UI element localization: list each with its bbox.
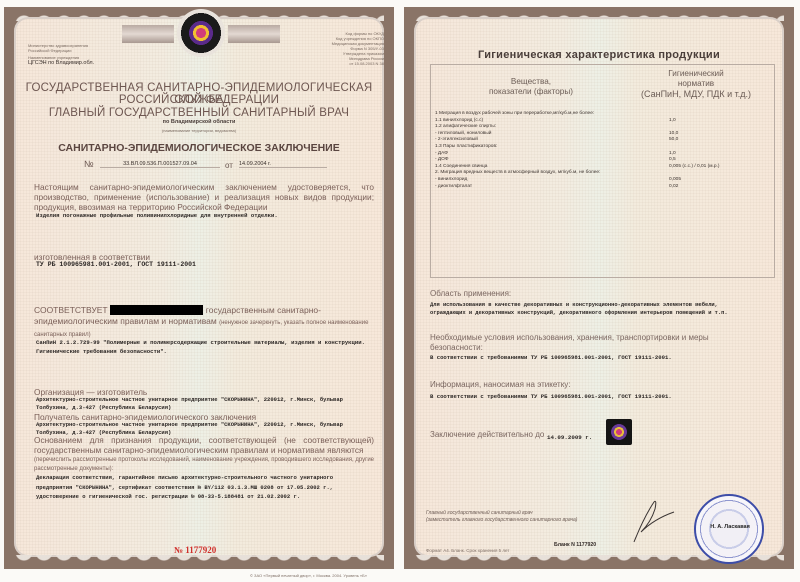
column-header-norm: Гигиенический норматив (СанПиН, МДУ, ПДК… (626, 69, 766, 99)
product-name: Изделия погонажные профильные поливинилх… (36, 211, 376, 220)
not-complies-struck: (НЕ СООТВЕТСТВУЕТ) (110, 305, 203, 315)
hygiene-table: Вещества, показатели (факторы) Гигиениче… (430, 64, 775, 278)
conclusion-date: 14.09.2004 г. (239, 161, 327, 168)
table-row: - винилхлорид0,005 (435, 177, 770, 183)
manufacturer-value: Архитектурно-строительное частное унитар… (36, 396, 361, 412)
substance-name: - 2-этилгексиловый (435, 137, 478, 142)
substance-name: 1.3 Пары пластификаторов: (435, 144, 497, 149)
substance-name: - диоктилфталат (435, 184, 472, 189)
substance-name: - гептиловый, нониловый (435, 131, 491, 136)
basis-documents: Декларация соответствия, гарантийное пис… (36, 473, 366, 502)
conclusion-number: 33.ВЛ.09.536.П.001527.09.04 (100, 161, 220, 168)
norm-value: 0,5 (669, 157, 676, 163)
column-header-norm-line3: (СанПиН, МДУ, ПДК и т.д.) (626, 89, 766, 99)
decorative-border-bottom (14, 555, 384, 565)
norm-value: 50,0 (669, 137, 678, 143)
column-header-substances-line2: показатели (факторы) (471, 87, 591, 97)
signer-title-line1: Главный государственный санитарный врач (426, 510, 577, 517)
printer-note: © ЗАО «Первый печатный двор», г. Москва.… (250, 573, 367, 578)
scope-label: Область применения: (430, 289, 511, 299)
substance-name: 1.4 Соединения свинца (435, 164, 487, 169)
ribbon-left-decoration (122, 25, 174, 43)
substance-name: 1 Миграция в воздух рабочей зоны при пер… (435, 111, 594, 116)
header-chief-doctor: ГЛАВНЫЙ ГОСУДАРСТВЕННЫЙ САНИТАРНЫЙ ВРАЧ (14, 107, 384, 119)
table-row: - 2-этилгексиловый50,0 (435, 137, 770, 143)
hologram-emblem-icon (177, 9, 225, 57)
made-in-accordance-value: ТУ РБ 100965981.001-2001, ГОСТ 19111-200… (36, 261, 196, 268)
ribbon-right-decoration (228, 25, 280, 43)
table-row: - ДАФ1,0 (435, 151, 770, 157)
substance-name: - винилхлорид (435, 177, 467, 182)
label-info-value: В соответствии с требованиями ТУ РБ 1009… (430, 393, 672, 400)
signer-title: Главный государственный санитарный врач … (426, 510, 577, 524)
column-header-norm-line2: норматив (626, 79, 766, 89)
column-header-norm-line1: Гигиенический (626, 69, 766, 79)
signer-name: Н. А. Ласкавая (697, 524, 763, 530)
certificate-back-page: Гигиеническая характеристика продукции В… (404, 7, 794, 569)
document-title: САНИТАРНО-ЭПИДЕМИОЛОГИЧЕСКОЕ ЗАКЛЮЧЕНИЕ (14, 142, 384, 154)
table-row: - ДОФ0,5 (435, 157, 770, 163)
column-header-substances-line1: Вещества, (471, 77, 591, 87)
table-row: 1.1 винилхлорид (с.с)1,0 (435, 118, 770, 124)
hygiene-characteristics-title: Гигиеническая характеристика продукции (414, 49, 784, 61)
norm-value: 0,005 (669, 177, 681, 183)
substance-name: 1.1 винилхлорид (с.с) (435, 118, 483, 123)
table-row: 1.2 алифатические спирты: (435, 124, 770, 130)
basis-label: Основанием для признания продукции, соот… (34, 435, 374, 455)
label-info-label: Информация, наносимая на этикетку: (430, 380, 571, 390)
compliance-statement: СООТВЕТСТВУЕТ (НЕ СООТВЕТСТВУЕТ) государ… (34, 305, 374, 341)
country-label: Российской Федерации (28, 48, 108, 53)
header-federation: РОССИЙСКОЙ ФЕДЕРАЦИИ (14, 94, 384, 106)
issuer-name: ЦГСЭН по Владимир.обл. (28, 61, 108, 66)
form-codes-block: Код формы по ОКУДКод учреждения по ОКПОМ… (304, 31, 384, 66)
norm-value: 1,0 (669, 151, 676, 157)
norm-value: 1,0 (669, 118, 676, 124)
header-region: по Владимирской области (14, 119, 384, 125)
conditions-value: В соответствии с требованиями ТУ РБ 1009… (430, 354, 672, 361)
valid-until-date: 14.09.2009 г. (547, 434, 592, 441)
certificate-front-page: Министерство здравоохранения Российской … (4, 7, 394, 569)
norm-value: 0,005 (с.с.) / 0,01 (м.р.) (669, 164, 720, 170)
table-row: 1 Миграция в воздух рабочей зоны при пер… (435, 111, 770, 117)
table-row: - диоктилфталат0,02 (435, 184, 770, 190)
complies-word: СООТВЕТСТВУЕТ (34, 305, 108, 315)
column-header-substances: Вещества, показатели (факторы) (471, 77, 591, 97)
table-row: 1.3 Пары пластификаторов: (435, 144, 770, 150)
basis-hint: (перечислить рассмотренные протоколы исс… (34, 456, 374, 474)
signer-title-line2: (заместитель главного государственного с… (426, 517, 577, 524)
substance-name: 2. Миграция вредных веществ в атмосферны… (435, 170, 600, 175)
top-left-block: Министерство здравоохранения Российской … (28, 43, 108, 66)
header-region-hint: (наименование территории, ведомства) (14, 128, 384, 133)
number-label: № (84, 159, 94, 169)
scope-value: Для использования в качестве декоративны… (430, 301, 730, 318)
substance-name: - ДАФ (435, 151, 448, 156)
date-label: от (225, 161, 233, 170)
signature-icon (629, 497, 679, 547)
table-row: 2. Миграция вредных веществ в атмосферны… (435, 170, 770, 176)
substance-name: 1.2 алифатические спирты: (435, 124, 496, 129)
norm-value: 0,02 (669, 184, 678, 190)
format-note: Формат А4. Бланк. Срок хранения 5 лет (426, 548, 509, 553)
hologram-seal-icon (606, 419, 632, 445)
valid-until-label: Заключение действительно до (430, 430, 544, 440)
sanpin-reference: СанПиН 2.1.2.729-99 "Полимерные и полиме… (36, 338, 366, 356)
form-code-line: от 15.08.2003 N 38 (304, 61, 384, 66)
blank-number: Бланк N 1177920 (554, 542, 596, 548)
intro-text: Настоящим санитарно-эпидемиологическим з… (34, 182, 374, 212)
conditions-label: Необходимые условия использования, хране… (430, 333, 730, 353)
table-row: - гептиловый, нониловый10,0 (435, 131, 770, 137)
blank-serial-number: № 1177920 (174, 545, 216, 555)
substance-name: - ДОФ (435, 157, 449, 162)
